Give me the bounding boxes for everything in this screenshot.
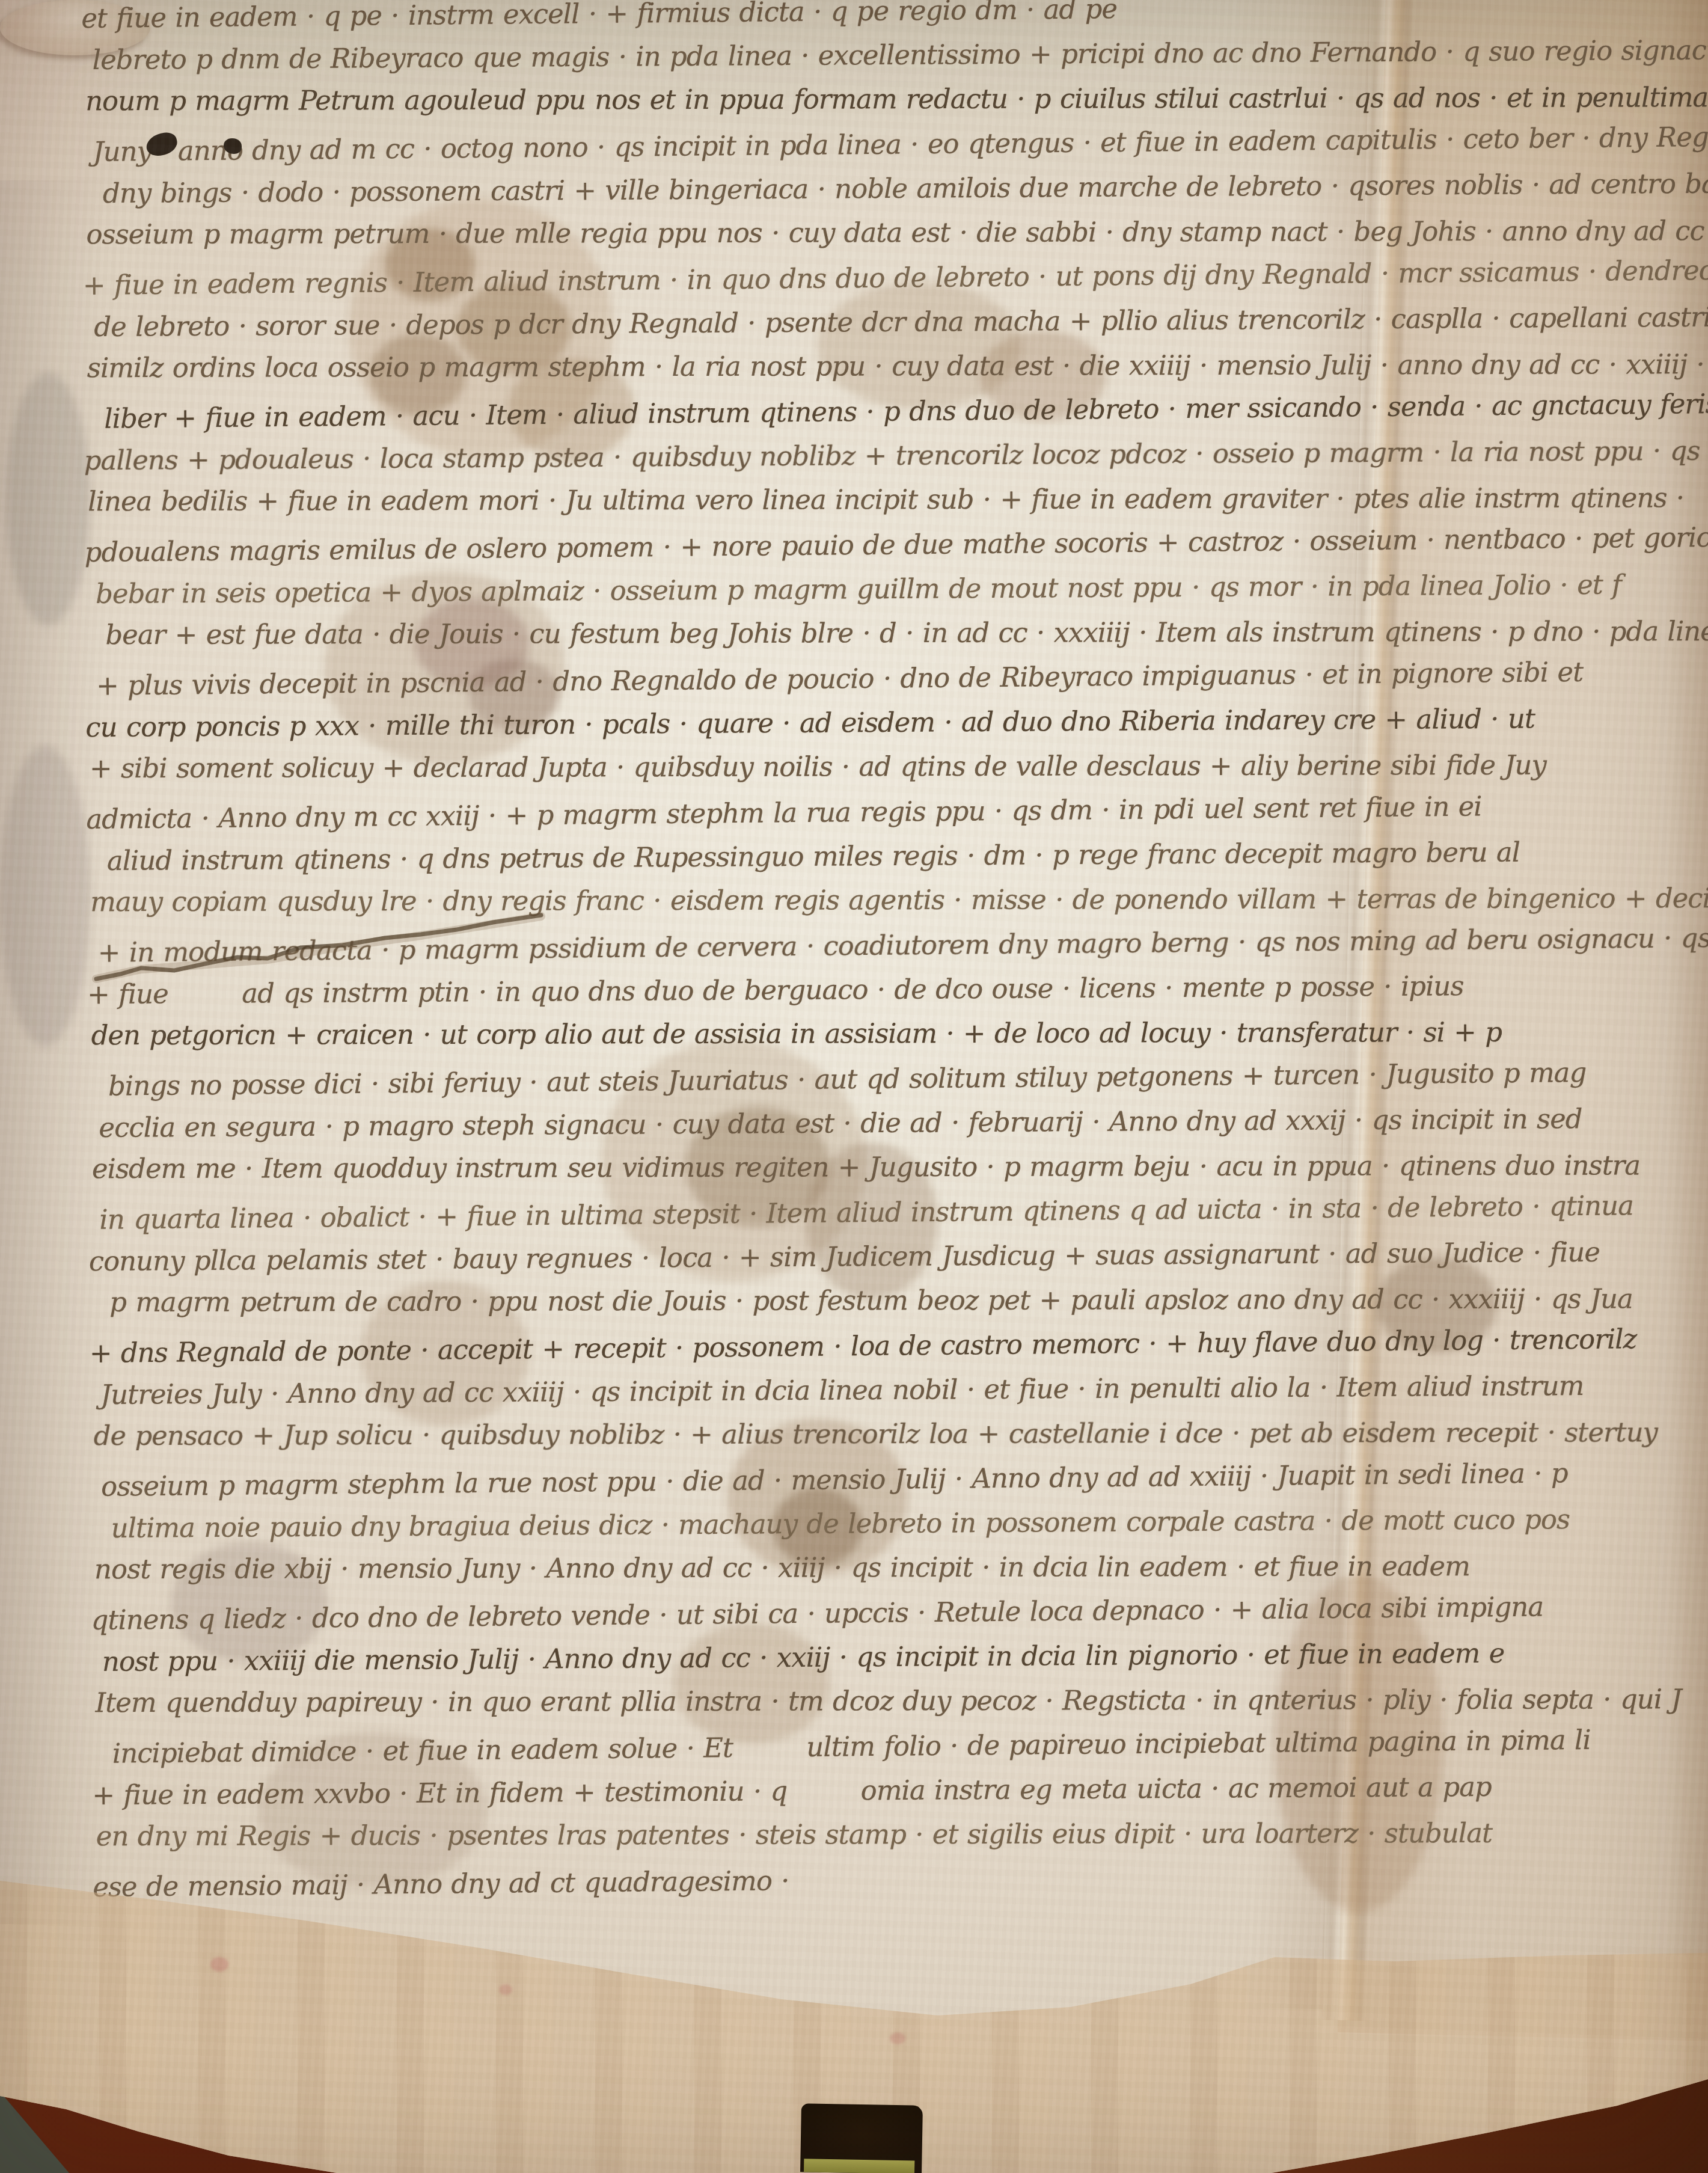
manuscript-line: den petgoricn + craicen · ut corp alio a… <box>91 1009 1708 1058</box>
manuscript-line: en dny mi Regis + ducis · psentes lras p… <box>96 1810 1708 1859</box>
ink-blot <box>224 138 242 154</box>
parchment-sheet: et fiue in eadem · q pe · instrm excell … <box>0 0 1708 2173</box>
manuscript-line: bear + est fue data · die Jouis · cu fes… <box>105 608 1708 657</box>
pink-speck <box>890 2032 905 2044</box>
pink-speck <box>499 1984 512 1995</box>
manuscript-line: osseium p magrm petrum · due mlle regia … <box>86 208 1708 257</box>
manuscript-line: nost regis die xbij · mensio Juny · Anno… <box>94 1543 1708 1592</box>
table-slot-hole <box>800 2103 923 2173</box>
parchment-tear <box>84 884 559 986</box>
manuscript-line: noum p magrm Petrum agouleud ppu nos et … <box>85 75 1708 123</box>
manuscript-line: Item quendduy papireuy · in quo erant pl… <box>95 1676 1708 1725</box>
yellow-strip <box>804 2159 914 2173</box>
manuscript-line: similz ordins loca osseio p magrm stephm… <box>87 342 1708 390</box>
manuscript-line: linea bedilis + fiue in eadem mori · Ju … <box>88 475 1708 524</box>
pink-speck <box>210 1957 228 1972</box>
manuscript-photo: et fiue in eadem · q pe · instrm excell … <box>0 0 1708 2173</box>
manuscript-line: de pensaco + Jup solicu · quibsduy nobli… <box>94 1409 1708 1458</box>
manuscript-line: eisdem me · Item quodduy instrum seu vid… <box>92 1142 1708 1191</box>
manuscript-line: + sibi soment solicuy + declarad Jupta ·… <box>90 742 1708 791</box>
manuscript-line: p magrm petrum de cadro · ppu nost die J… <box>109 1276 1708 1325</box>
